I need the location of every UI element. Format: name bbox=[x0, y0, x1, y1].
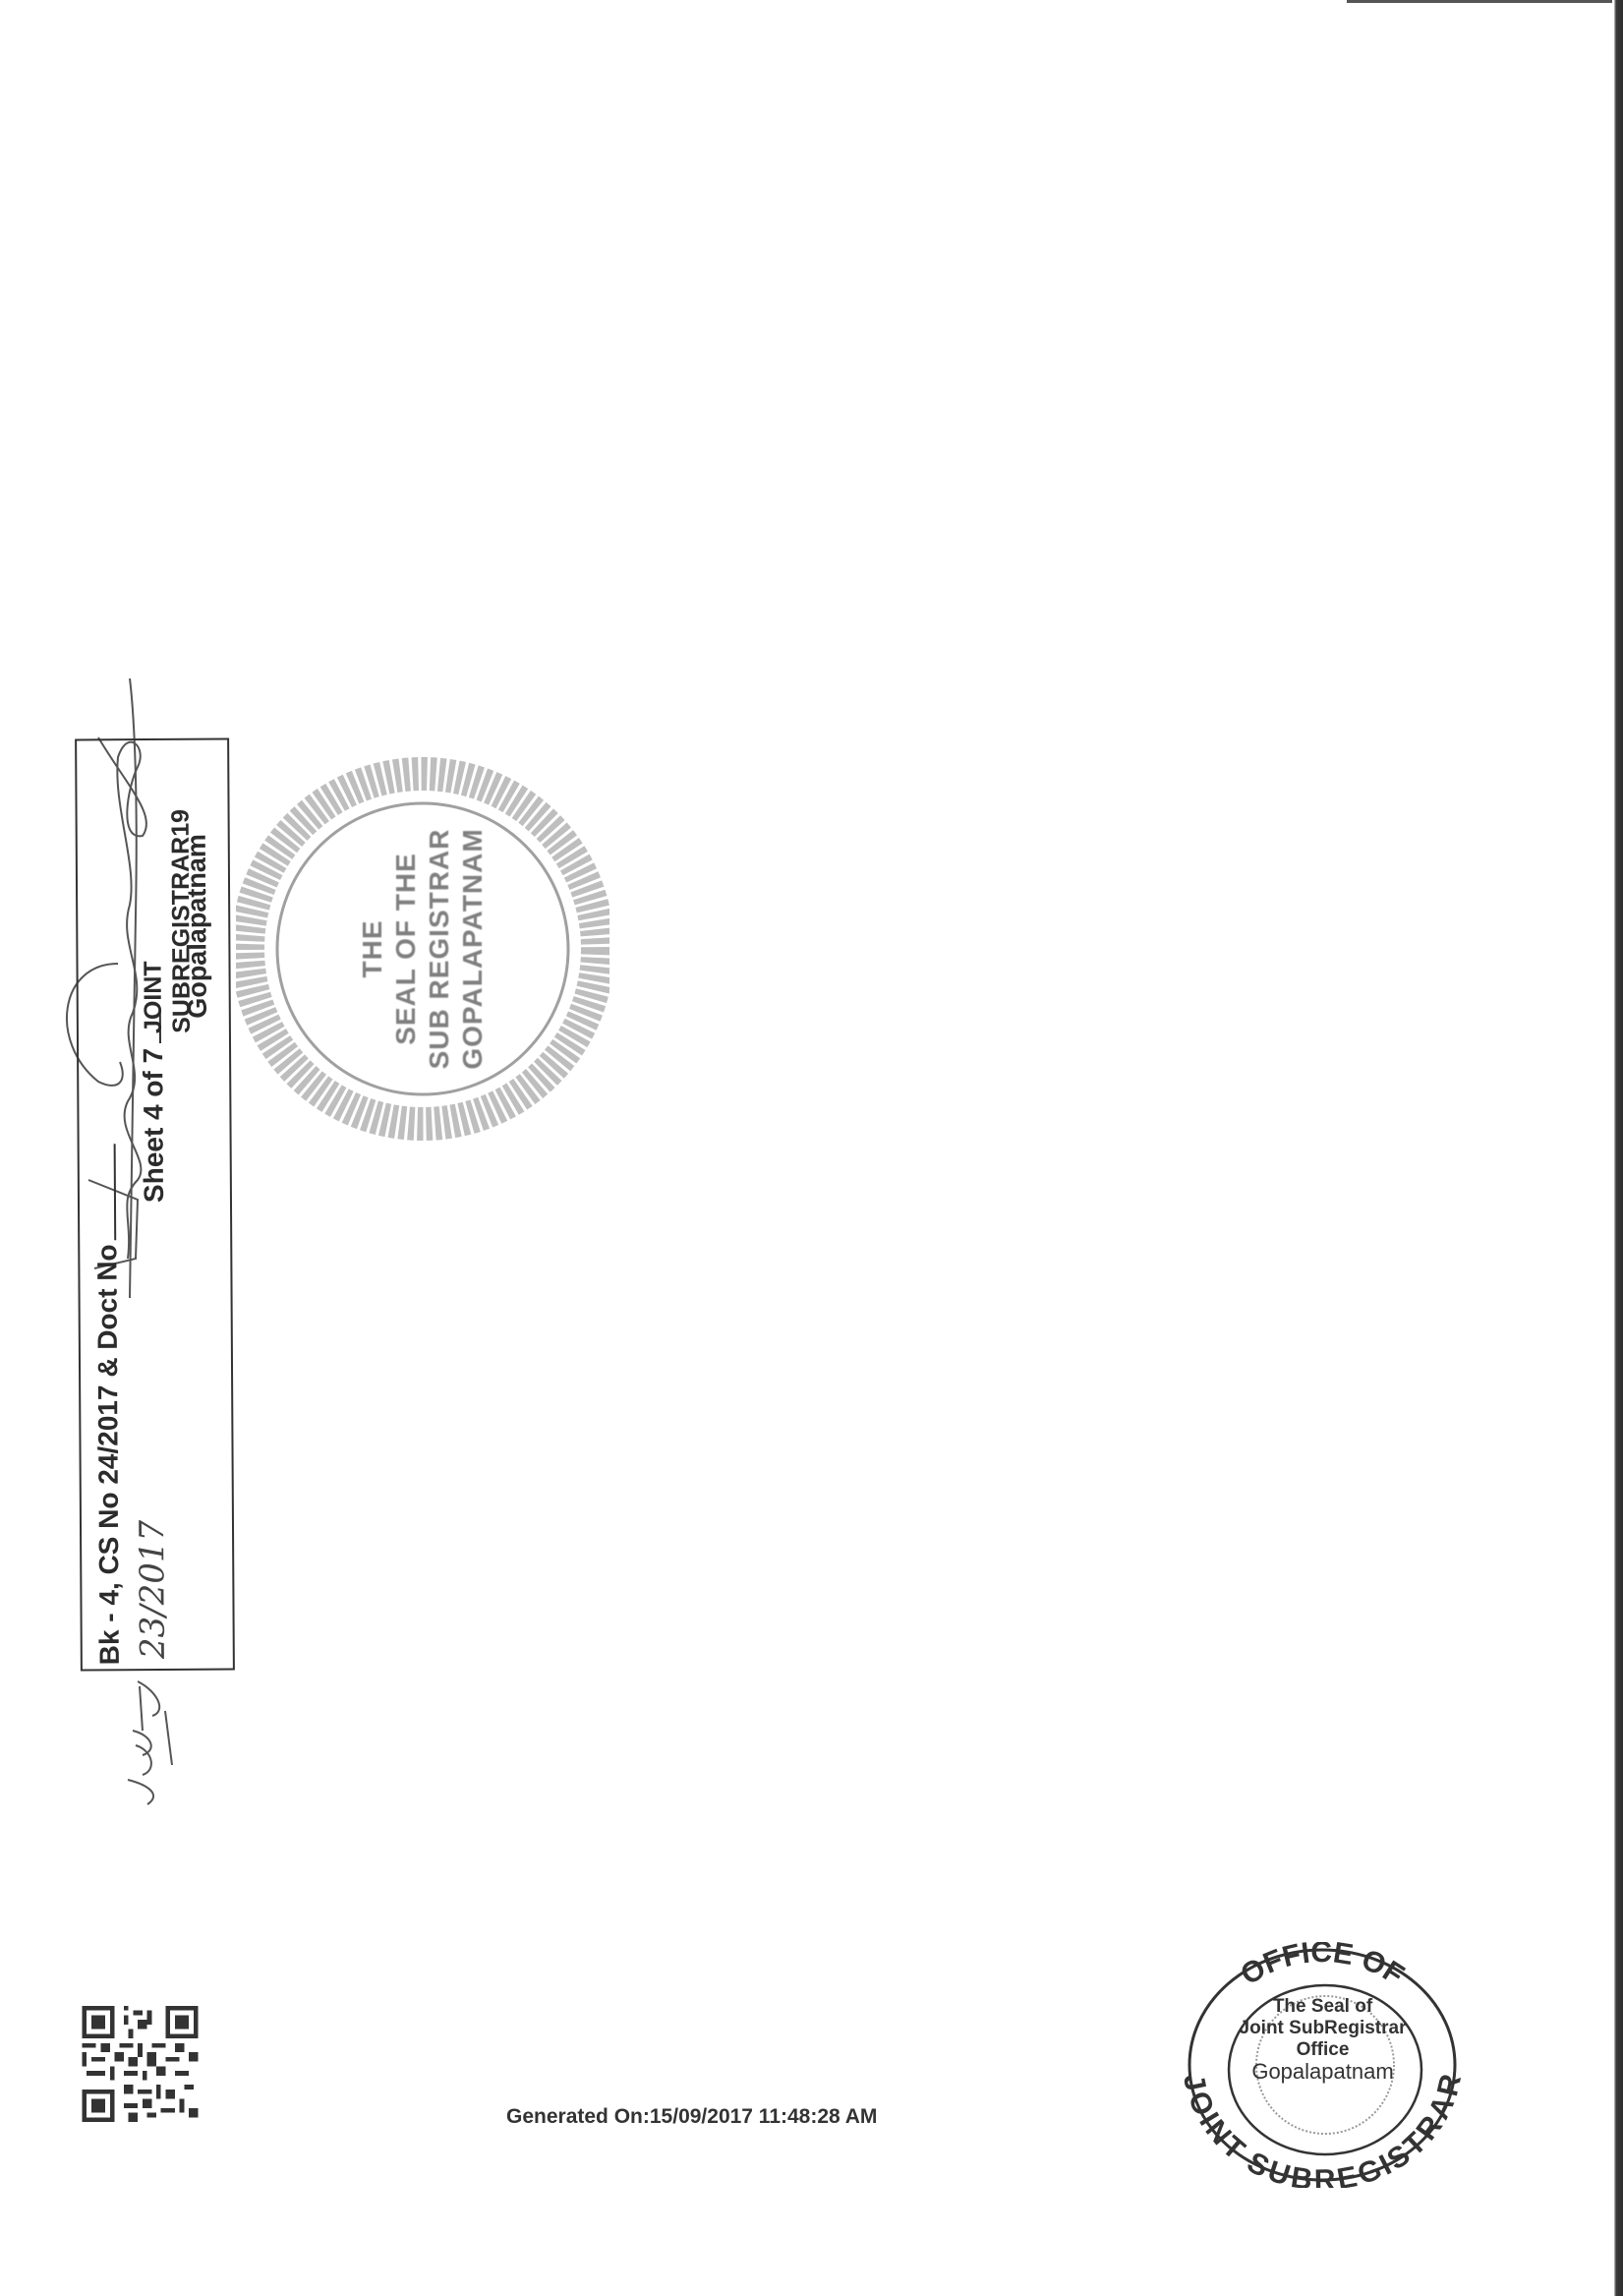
qr-code-icon bbox=[79, 2006, 202, 2122]
registration-stamp-box: Bk - 4, CS No 24/2017 & Doct No 23/2017 … bbox=[75, 738, 235, 1672]
svg-text:JOINT SUBREGISTRAR: JOINT SUBREGISTRAR bbox=[1180, 2071, 1465, 2188]
office-location: Gopalapatnam bbox=[182, 834, 213, 1019]
handwritten-doc-number: 23/2017 bbox=[133, 1520, 173, 1659]
sheet-number: Sheet 4 of 7 bbox=[138, 1048, 170, 1203]
book-cs-doc-line: Bk - 4, CS No 24/2017 & Doct No bbox=[91, 1144, 126, 1665]
handwritten-annotation bbox=[118, 1672, 177, 1809]
generated-timestamp: Generated On:15/09/2017 11:48:28 AM bbox=[506, 2105, 877, 2129]
scan-edge-right bbox=[1614, 0, 1623, 2296]
scan-edge-top bbox=[1347, 0, 1612, 3]
registrar-seal-faded: THE SEAL OF THE SUB REGISTRAR GOPALAPATN… bbox=[236, 757, 609, 1141]
joint-subregistrar-office-seal: OFFICE OF JOINT SUBREGISTRAR The Seal of… bbox=[1180, 1942, 1465, 2188]
